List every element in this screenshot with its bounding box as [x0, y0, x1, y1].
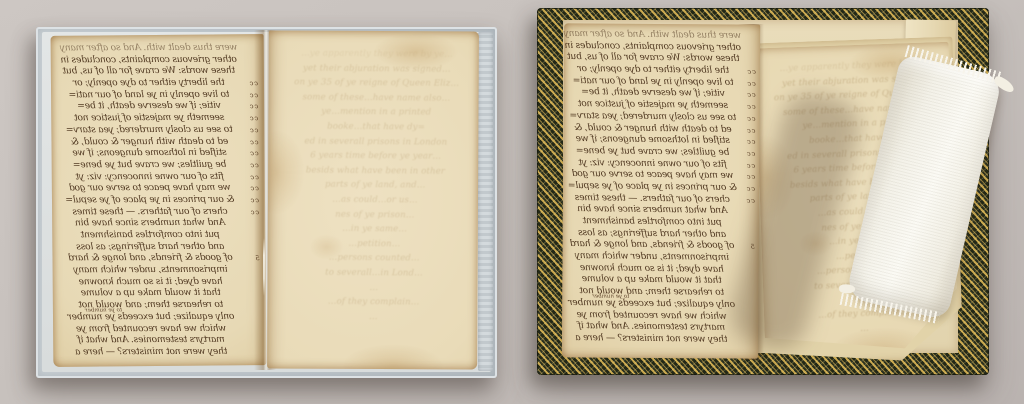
- manuscript-line-text: ye…mention in a printed: [283, 105, 469, 121]
- photo-scene: were thus dealt with. And so after manyo…: [0, 0, 1024, 404]
- sewing-thread: [263, 238, 265, 296]
- manuscript-line-text: …ye apparently they were by ye…: [284, 46, 470, 62]
- margin-quote-mark: [741, 30, 756, 32]
- manuscript-line: …: [280, 308, 466, 325]
- manuscript-line-text: only equalize; but exceeds ye number: [57, 311, 245, 323]
- manuscript-line: …as could…or us…: [282, 192, 468, 209]
- manuscript-line-text: And what numbers since have bin: [56, 217, 244, 229]
- manuscript-line: only equalize; but exceeds ye number: [564, 297, 754, 310]
- manuscript-line-text: that it would make up a volume: [57, 287, 245, 299]
- manuscript-text-mirrored: were thus dealt with. And so after manyo…: [564, 28, 756, 352]
- manuscript-line-text: to severall…in Lond…: [281, 265, 467, 281]
- manuscript-line-text: of goods & friends, and longe & hard: [56, 252, 244, 264]
- margin-quote-mark: [741, 41, 756, 43]
- manuscript-line-text: 6 years time before ye year…: [283, 148, 469, 164]
- manuscript-line-text: ed to death with hunger & could, &: [55, 135, 243, 147]
- manuscript-line-text: booke…that have dy=: [283, 119, 469, 135]
- manuscript-line: …in ye same…: [282, 221, 468, 238]
- manuscript-text-mirrored: were thus dealt with. And so after manyo…: [55, 41, 261, 361]
- left-book-wrapper-fore-edge: [478, 32, 493, 371]
- manuscript-line-text: were thus dealt with. And so after many: [55, 42, 243, 54]
- manuscript-line-text: these words: We crave for all of us, but: [55, 65, 243, 77]
- fabric-tuft: [992, 74, 1016, 94]
- show-through-text: …ye apparently they were by ye…yet their…: [280, 46, 470, 361]
- margin-quote-mark: [741, 53, 756, 55]
- manuscript-line: booke…that have dy=: [283, 119, 469, 136]
- manuscript-line-text: fits of our owne innocency: viz: yt: [56, 170, 244, 182]
- manuscript-line: ccto see us closly murdered; yea starv=: [55, 123, 258, 136]
- manuscript-line-text: which we have recounted from ye: [57, 322, 245, 334]
- manuscript-line: …ye apparently they were by ye…: [284, 46, 470, 63]
- margin-quote-mark: [740, 217, 755, 219]
- manuscript-line: ccto see us closly murdered; yea starv=: [565, 110, 755, 123]
- manuscript-line-text: stifled in lothsome dungeons; if we: [56, 147, 244, 159]
- manuscript-line: ccstifled in lothsome dungeons; if we: [56, 146, 259, 159]
- manuscript-line-text: the liberty either to dye openly; or: [55, 77, 243, 89]
- manuscript-line-text: on ye 35 of ye reigne of Queen Eliz…: [284, 75, 470, 91]
- manuscript-line-text: martyrs testemonies. And what if: [57, 334, 245, 346]
- manuscript-line-text: we may have peace to serve our god: [56, 182, 244, 194]
- manuscript-line: put into comfortles banishment: [56, 228, 259, 241]
- manuscript-line-text: to see us closly murdered; yea starv=: [55, 124, 243, 136]
- manuscript-line-text: …in ye same…: [282, 221, 468, 237]
- manuscript-line-text: …as could…or us…: [282, 192, 468, 208]
- manuscript-line: only equalize; but exceeds ye number: [57, 310, 260, 323]
- manuscript-line: …of they complain…: [281, 294, 467, 311]
- manuscript-line-text: imprisonments, under which many: [57, 264, 245, 276]
- manuscript-line-text: be guiltles; we crave but ye bene=: [56, 159, 244, 171]
- margin-quote-mark: [740, 205, 755, 207]
- manuscript-line: they were not ministers? — here a: [57, 345, 260, 358]
- manuscript-line-text: …: [280, 309, 466, 325]
- manuscript-line-text: …of they complain…: [281, 294, 467, 310]
- manuscript-line: they were not ministers? — here a: [564, 332, 754, 345]
- manuscript-line: ccseemeth ye majestie of justice not: [55, 111, 258, 124]
- manuscript-line: imprisonments, under which many: [57, 263, 260, 276]
- fabric-tuft: [839, 284, 855, 293]
- manuscript-line-text: seemeth ye majestie of justice not: [55, 112, 243, 124]
- manuscript-line: ccbe guiltles; we crave but ye bene=: [56, 158, 259, 171]
- manuscript-line-text: …persons counted…: [281, 251, 467, 267]
- left-book-right-page: …ye apparently they were by ye…yet their…: [267, 30, 479, 369]
- manuscript-line: cc& our princes in ye place of ye sepul=: [56, 193, 259, 206]
- manuscript-line: ccthe liberty either to dye openly; or: [55, 76, 258, 89]
- manuscript-line-text: they were not ministers? — here a: [57, 346, 245, 358]
- manuscript-line-text: parts of ye land, and…: [282, 178, 468, 194]
- manuscript-line: were thus dealt with. And so after many: [55, 41, 258, 54]
- manuscript-line-text: put into comfortles banishment: [56, 229, 244, 241]
- manuscript-line-text: & our princes in ye place of ye sepul=: [56, 194, 244, 206]
- manuscript-line: martyrs testemonies. And what if: [57, 333, 260, 346]
- manuscript-line-text: they were not ministers? — here a: [564, 332, 739, 346]
- manuscript-line: to severall…in Lond…: [281, 265, 467, 282]
- left-book-left-page: were thus dealt with. And so after manyo…: [51, 34, 267, 367]
- manuscript-line-text: vitie; if we deserve death, it be=: [55, 100, 243, 112]
